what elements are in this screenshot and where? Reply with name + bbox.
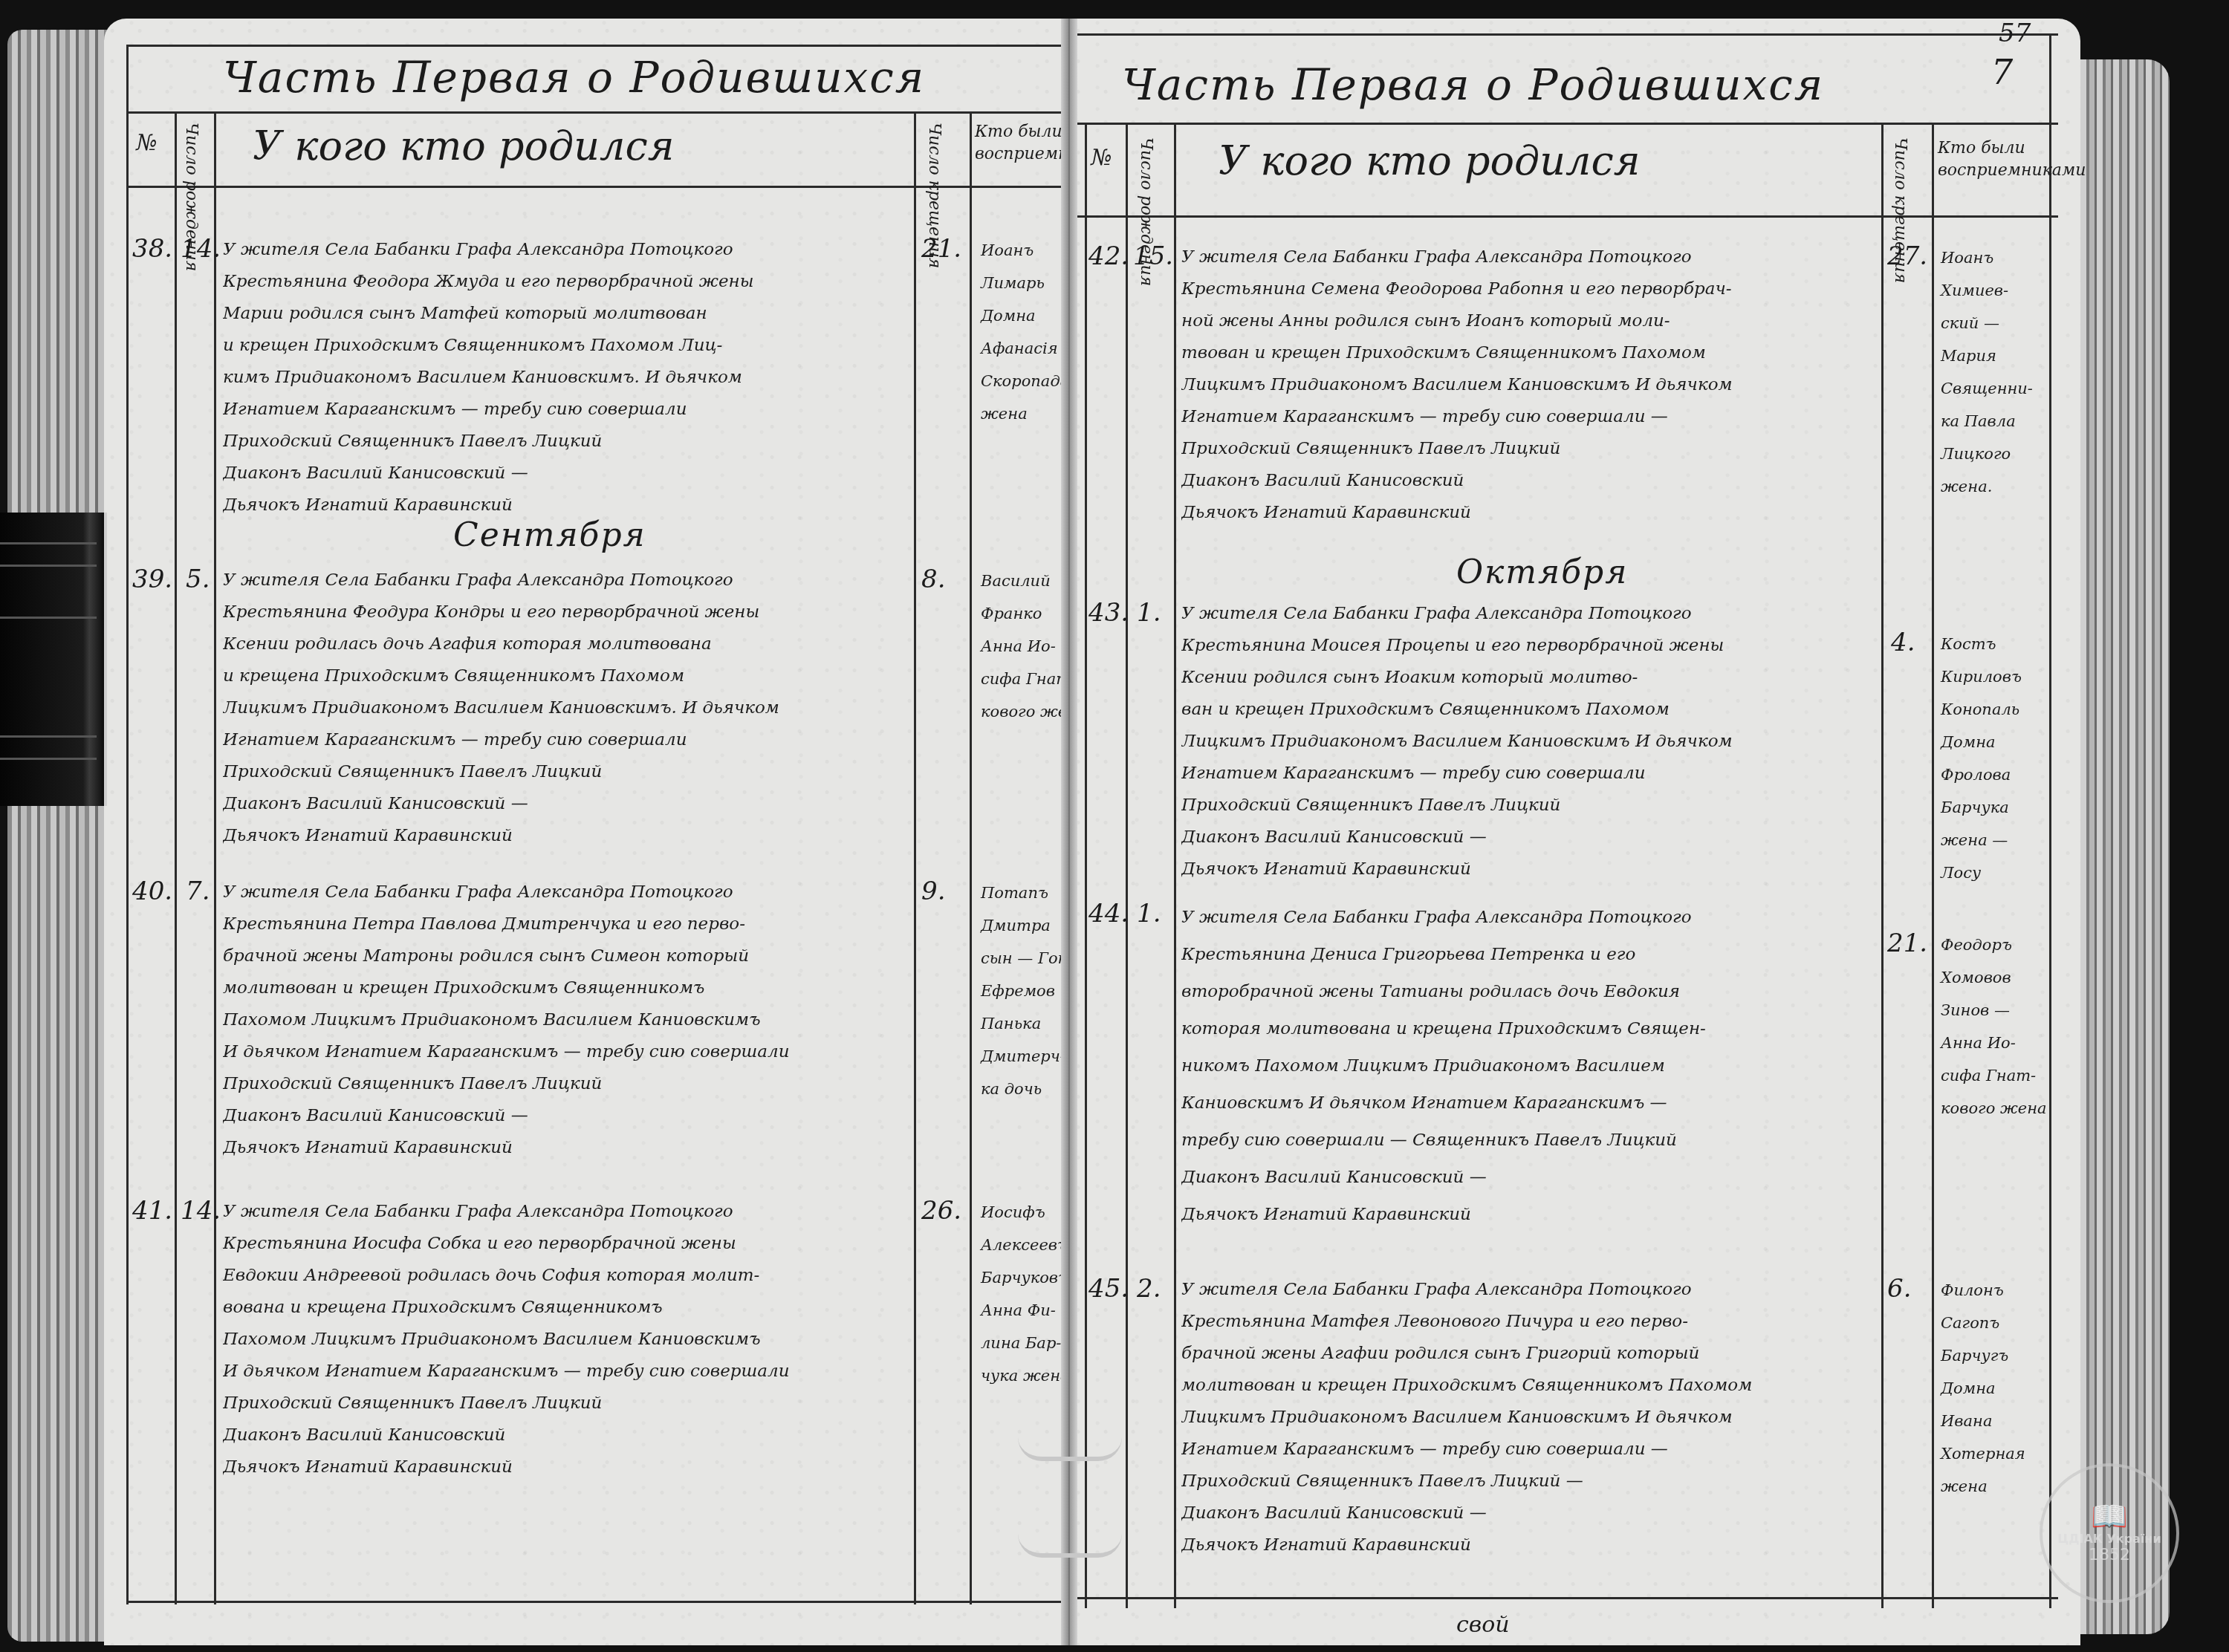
rule	[1070, 215, 2058, 218]
entry-godparents: Филонъ Сагопъ Барчугъ Домна Ивана Хотерн…	[1941, 1274, 2025, 1503]
archive-stamp: 📖 ЦДІАК України 1852	[2040, 1463, 2179, 1603]
rule	[1070, 1597, 2058, 1599]
book-spine	[1061, 19, 1077, 1645]
column-header-number: №	[137, 130, 155, 156]
rule	[1174, 123, 1176, 1608]
open-book-icon: 📖	[2091, 1502, 2128, 1532]
rule	[175, 111, 177, 1604]
entry-number: 43.	[1088, 598, 1129, 628]
entry-godparents: Иосифъ Алексеевъ Барчуковъ Анна Фи- лина…	[981, 1196, 1070, 1392]
entry-baptism-day: 26.	[921, 1196, 961, 1226]
entry-text: У жителя Села Бабанки Графа Александра П…	[223, 1196, 906, 1483]
entry-godparents: Иоанъ Химиев- ский — Мария Священни- ка …	[1941, 241, 2033, 503]
page-title: Часть Первая о Родившихся	[1122, 59, 1824, 110]
entry-birth-day: 5.	[186, 565, 210, 594]
scanner-clip	[0, 513, 107, 806]
archive-stamp-year: 1852	[2089, 1546, 2130, 1564]
rule	[2049, 33, 2051, 1608]
rule	[126, 45, 129, 1604]
entry-birth-day: 1.	[1137, 899, 1161, 929]
entry-text: У жителя Села Бабанки Графа Александра П…	[223, 565, 906, 852]
month-marker: Октября	[1456, 553, 1628, 591]
rule	[126, 111, 1070, 114]
entry-baptism-day: 21.	[921, 234, 961, 264]
entry-birth-day: 14.	[181, 1196, 221, 1226]
rule	[1085, 123, 1087, 1608]
entry-number: 45.	[1088, 1274, 1129, 1304]
rule	[1126, 123, 1128, 1608]
entry-number: 42.	[1088, 241, 1129, 271]
rule	[970, 111, 972, 1604]
column-header-number: №	[1092, 145, 1110, 171]
entry-number: 44.	[1088, 899, 1129, 929]
rule	[1881, 123, 1884, 1608]
entry-godparents: Иоанъ Лимарь Домна Афанасія Скоропада же…	[981, 234, 1069, 430]
folio-number-corrected: 57	[1999, 19, 2031, 48]
entry-text: У жителя Села Бабанки Графа Александра П…	[223, 234, 906, 521]
right-page: Часть Первая о Родившихся 7 57 № Число р…	[1070, 19, 2080, 1645]
right-page-edges	[2073, 59, 2170, 1634]
entry-baptism-day: 9.	[921, 877, 945, 906]
binding-thread	[1018, 1534, 1122, 1558]
entry-number: 41.	[132, 1196, 172, 1226]
entry-birth-day: 7.	[186, 877, 210, 906]
entry-text: У жителя Села Бабанки Графа Александра П…	[1181, 899, 1876, 1233]
entry-birth-day: 15.	[1133, 241, 1173, 271]
rule	[1932, 123, 1934, 1608]
entry-baptism-day: 8.	[921, 565, 945, 594]
folio-number: 7	[1991, 52, 2013, 92]
rule	[1070, 33, 2058, 36]
column-header-main: У кого кто родился	[253, 123, 675, 169]
entry-number: 39.	[132, 565, 172, 594]
catchword: свой	[1456, 1612, 1510, 1638]
rule	[126, 45, 1070, 47]
book-spread: Часть Первая о Родившихся № Число рожден…	[0, 0, 2229, 1652]
binding-thread	[1018, 1437, 1122, 1461]
entry-baptism-day: 21.	[1887, 929, 1927, 958]
entry-birth-day: 2.	[1137, 1274, 1161, 1304]
entry-godparents: Костъ Кириловъ Конопаль Домна Фролова Ба…	[1941, 628, 2022, 889]
entry-number: 38.	[132, 234, 172, 264]
entry-birth-day: 14.	[181, 234, 221, 264]
entry-text: У жителя Села Бабанки Графа Александра П…	[1181, 241, 1876, 529]
left-page: Часть Первая о Родившихся № Число рожден…	[104, 19, 1070, 1645]
entry-text: У жителя Села Бабанки Графа Александра П…	[1181, 598, 1876, 885]
entry-text: У жителя Села Бабанки Графа Александра П…	[1181, 1274, 1876, 1561]
entry-number: 40.	[132, 877, 172, 906]
entry-birth-day: 1.	[1137, 598, 1161, 628]
entry-baptism-day: 4.	[1891, 628, 1915, 657]
rule	[1070, 123, 2058, 125]
column-header-godparents: Кто были восприемниками	[1938, 137, 2045, 182]
page-title: Часть Первая о Родившихся	[223, 52, 925, 103]
rule	[126, 1601, 1070, 1603]
rule	[214, 111, 216, 1604]
entry-text: У жителя Села Бабанки Графа Александра П…	[223, 877, 906, 1164]
archive-stamp-name: ЦДІАК України	[2057, 1532, 2161, 1546]
rule	[914, 111, 916, 1604]
left-page-edges	[7, 30, 119, 1642]
entry-baptism-day: 6.	[1887, 1274, 1911, 1304]
entry-godparents: Феодоръ Хомовов Зинов — Анна Ио- сифа Гн…	[1941, 929, 2047, 1125]
entry-baptism-day: 27.	[1887, 241, 1927, 271]
column-header-main: У кого кто родился	[1219, 137, 1641, 184]
month-marker: Сентября	[453, 516, 646, 554]
column-header-godparents: Кто были восприемниками	[975, 121, 1068, 166]
